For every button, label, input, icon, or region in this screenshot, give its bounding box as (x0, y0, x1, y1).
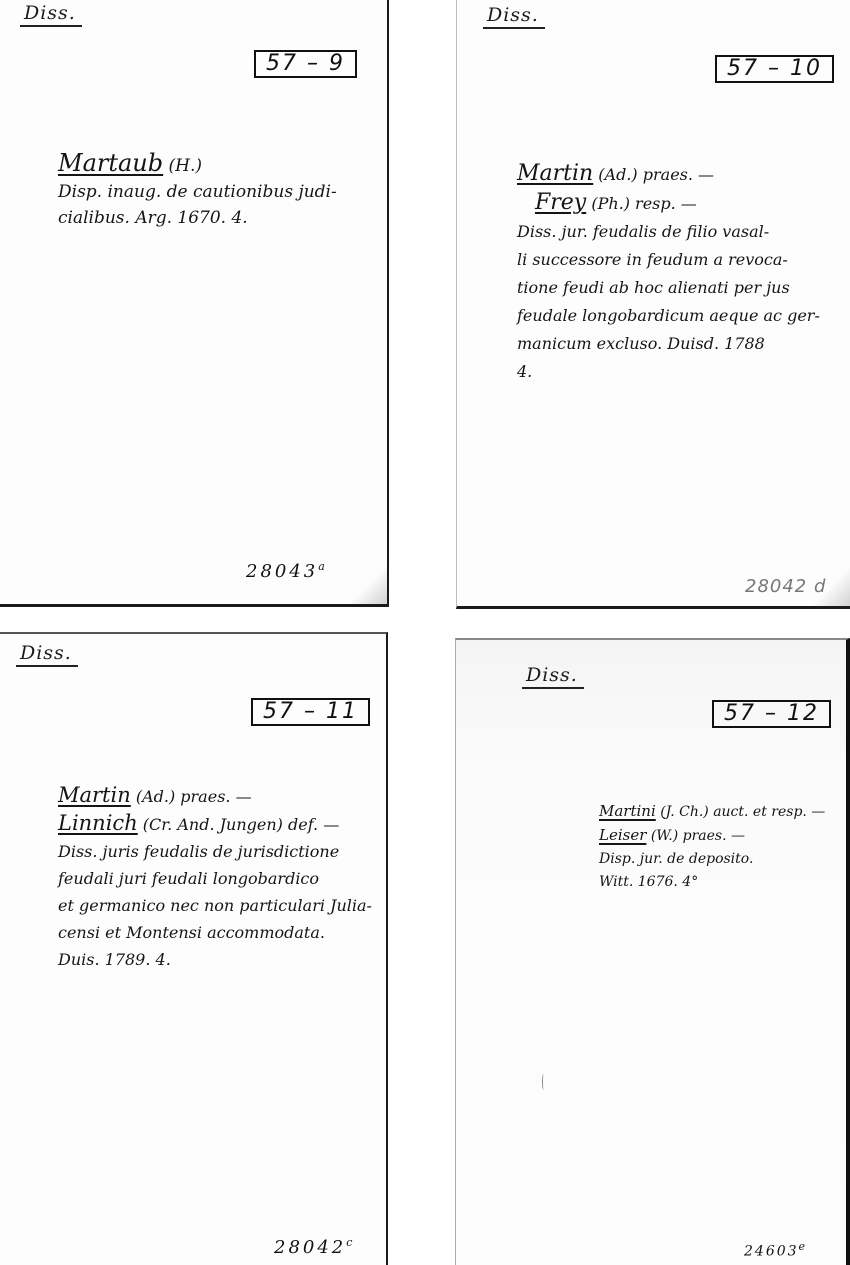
accession-number: 28042c (274, 1236, 352, 1258)
stray-mark (542, 1074, 545, 1090)
entry-heading-line: Martaub (H.) (58, 150, 337, 179)
entry-heading-line: Martini (J. Ch.) auct. et resp. — (599, 800, 825, 824)
author-name: Martini (599, 802, 656, 820)
entry-title-line: feudale longobardicum aeque ac ger- (517, 302, 820, 330)
shelfmark-box: 57 – 10 (715, 55, 834, 83)
author-initials: (H.) (163, 156, 202, 176)
card-corner-shadow (810, 566, 850, 606)
accession-suffix: e (799, 1240, 806, 1253)
entry-title-line: cialibus. Arg. 1670. 4. (58, 205, 337, 231)
accession-digits: 28043 (246, 561, 318, 582)
accession-number: 28043a (246, 560, 325, 582)
accession-suffix: a (318, 560, 325, 573)
entry-heading-line: Frey (Ph.) resp. — (517, 189, 820, 218)
catalog-entry: Martaub (H.) Disp. inaug. de cautionibus… (58, 150, 337, 231)
accession-digits: 28042 (274, 1237, 346, 1258)
praeses-name: Leiser (599, 826, 646, 844)
entry-heading-line: Martin (Ad.) praes. — (58, 782, 372, 810)
catalog-card-4: Diss. 57 – 12 Martini (J. Ch.) auct. et … (455, 638, 850, 1265)
respondent-role: (Ph.) resp. — (586, 194, 697, 213)
praeses-role: (Ad.) praes. — (593, 165, 714, 184)
defendant-name: Linnich (58, 811, 138, 835)
catalog-entry: Martini (J. Ch.) auct. et resp. — Leiser… (599, 800, 825, 894)
entry-title-line: Disp. jur. de deposito. (599, 848, 825, 871)
praeses-role: (W.) praes. — (646, 828, 745, 844)
respondent-name: Frey (535, 190, 586, 215)
entry-title-line: censi et Montensi accommodata. (58, 919, 372, 946)
accession-digits: 24603 (744, 1244, 799, 1260)
entry-heading-line: Leiser (W.) praes. — (599, 824, 825, 848)
entry-title-line: Duis. 1789. 4. (58, 946, 372, 973)
accession-number: 24603e (744, 1240, 805, 1260)
catalog-entry: Martin (Ad.) praes. — Frey (Ph.) resp. —… (517, 160, 820, 386)
praeses-role: (Ad.) praes. — (131, 787, 252, 806)
shelfmark-box: 57 – 12 (712, 700, 831, 728)
entry-title-line: tione feudi ab hoc alienati per jus (517, 274, 820, 302)
catalog-card-2: Diss. 57 – 10 Martin (Ad.) praes. — Frey… (456, 0, 850, 609)
defendant-role: (Cr. And. Jungen) def. — (138, 815, 340, 834)
category-label: Diss. (522, 664, 584, 689)
accession-digits: 28042 (745, 576, 807, 597)
entry-title-line: et germanico nec non particulari Julia- (58, 892, 372, 919)
entry-title-line: manicum excluso. Duisd. 1788 (517, 330, 820, 358)
author-name: Martaub (58, 149, 163, 177)
entry-title-line: feudali juri feudali longobardico (58, 865, 372, 892)
entry-title-line: Disp. inaug. de cautionibus judi- (58, 179, 337, 205)
entry-title-line: li successore in feudum a revoca- (517, 246, 820, 274)
shelfmark-box: 57 – 11 (251, 698, 370, 726)
category-label: Diss. (16, 642, 78, 667)
entry-title-line: Witt. 1676. 4° (599, 871, 825, 894)
card-corner-shadow (347, 564, 387, 604)
entry-heading-line: Martin (Ad.) praes. — (517, 160, 820, 189)
entry-title-line: Diss. juris feudalis de jurisdictione (58, 838, 372, 865)
entry-title-line: 4. (517, 358, 820, 386)
author-role: (J. Ch.) auct. et resp. — (656, 804, 826, 820)
catalog-card-1: Diss. 57 – 9 Martaub (H.) Disp. inaug. d… (0, 0, 389, 607)
praeses-name: Martin (517, 161, 593, 186)
catalog-card-3: Diss. 57 – 11 Martin (Ad.) praes. — Linn… (0, 632, 388, 1265)
entry-heading-line: Linnich (Cr. And. Jungen) def. — (58, 810, 372, 838)
catalog-entry: Martin (Ad.) praes. — Linnich (Cr. And. … (58, 782, 372, 973)
category-label: Diss. (20, 2, 82, 27)
praeses-name: Martin (58, 783, 131, 807)
entry-title-line: Diss. jur. feudalis de filio vasal- (517, 218, 820, 246)
shelfmark-box: 57 – 9 (254, 50, 357, 78)
accession-suffix: c (346, 1236, 352, 1249)
category-label: Diss. (483, 4, 545, 29)
